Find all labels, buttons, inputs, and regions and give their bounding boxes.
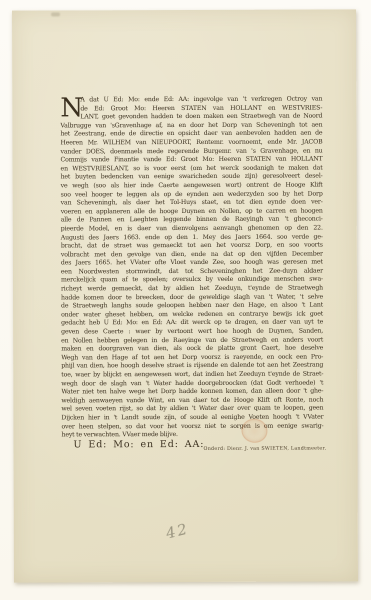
pencil-mark	[51, 12, 60, 16]
body-text: N A dat U Ed: Mo: ende Ed: AA: ingevolge…	[60, 96, 323, 441]
text-line: Dijcken hier in 't Landt soude zijn, of …	[61, 413, 323, 423]
text-line: Heeren Mr. WILHEM van NIEUPOORT, Rentemr…	[60, 138, 322, 148]
signature-line: Onderd: Dienr. J. van SWIETEN, Landtmeet…	[204, 446, 339, 451]
pencil-number-annotation: 42	[164, 519, 191, 542]
text-line: ve wegh (soo als hier inde Caerte aengew…	[61, 181, 323, 191]
text-line: over heen stelpen, so dat voor het voors…	[61, 422, 323, 432]
text-line: A dat U Ed: Mo: ende Ed: AA: ingevolge v…	[60, 96, 322, 106]
drop-cap-initial: N	[60, 96, 77, 120]
body-lines: A dat U Ed: Mo: ende Ed: AA: ingevolge v…	[60, 96, 323, 441]
closing-salutation: U Ed: Mo: en Ed: AA:	[73, 439, 204, 450]
document-paper: N A dat U Ed: Mo: ende Ed: AA: ingevolge…	[12, 9, 358, 582]
text-line: toe, waer by blijckt en aengewesen wort,…	[61, 371, 323, 381]
text-line: pieerde Model, en is daer van dienvolgen…	[61, 224, 323, 234]
text-line: geven dese Caerte : waer by vertoont wer…	[61, 328, 323, 338]
scan-background: N A dat U Ed: Mo: ende Ed: AA: ingevolge…	[0, 0, 371, 600]
